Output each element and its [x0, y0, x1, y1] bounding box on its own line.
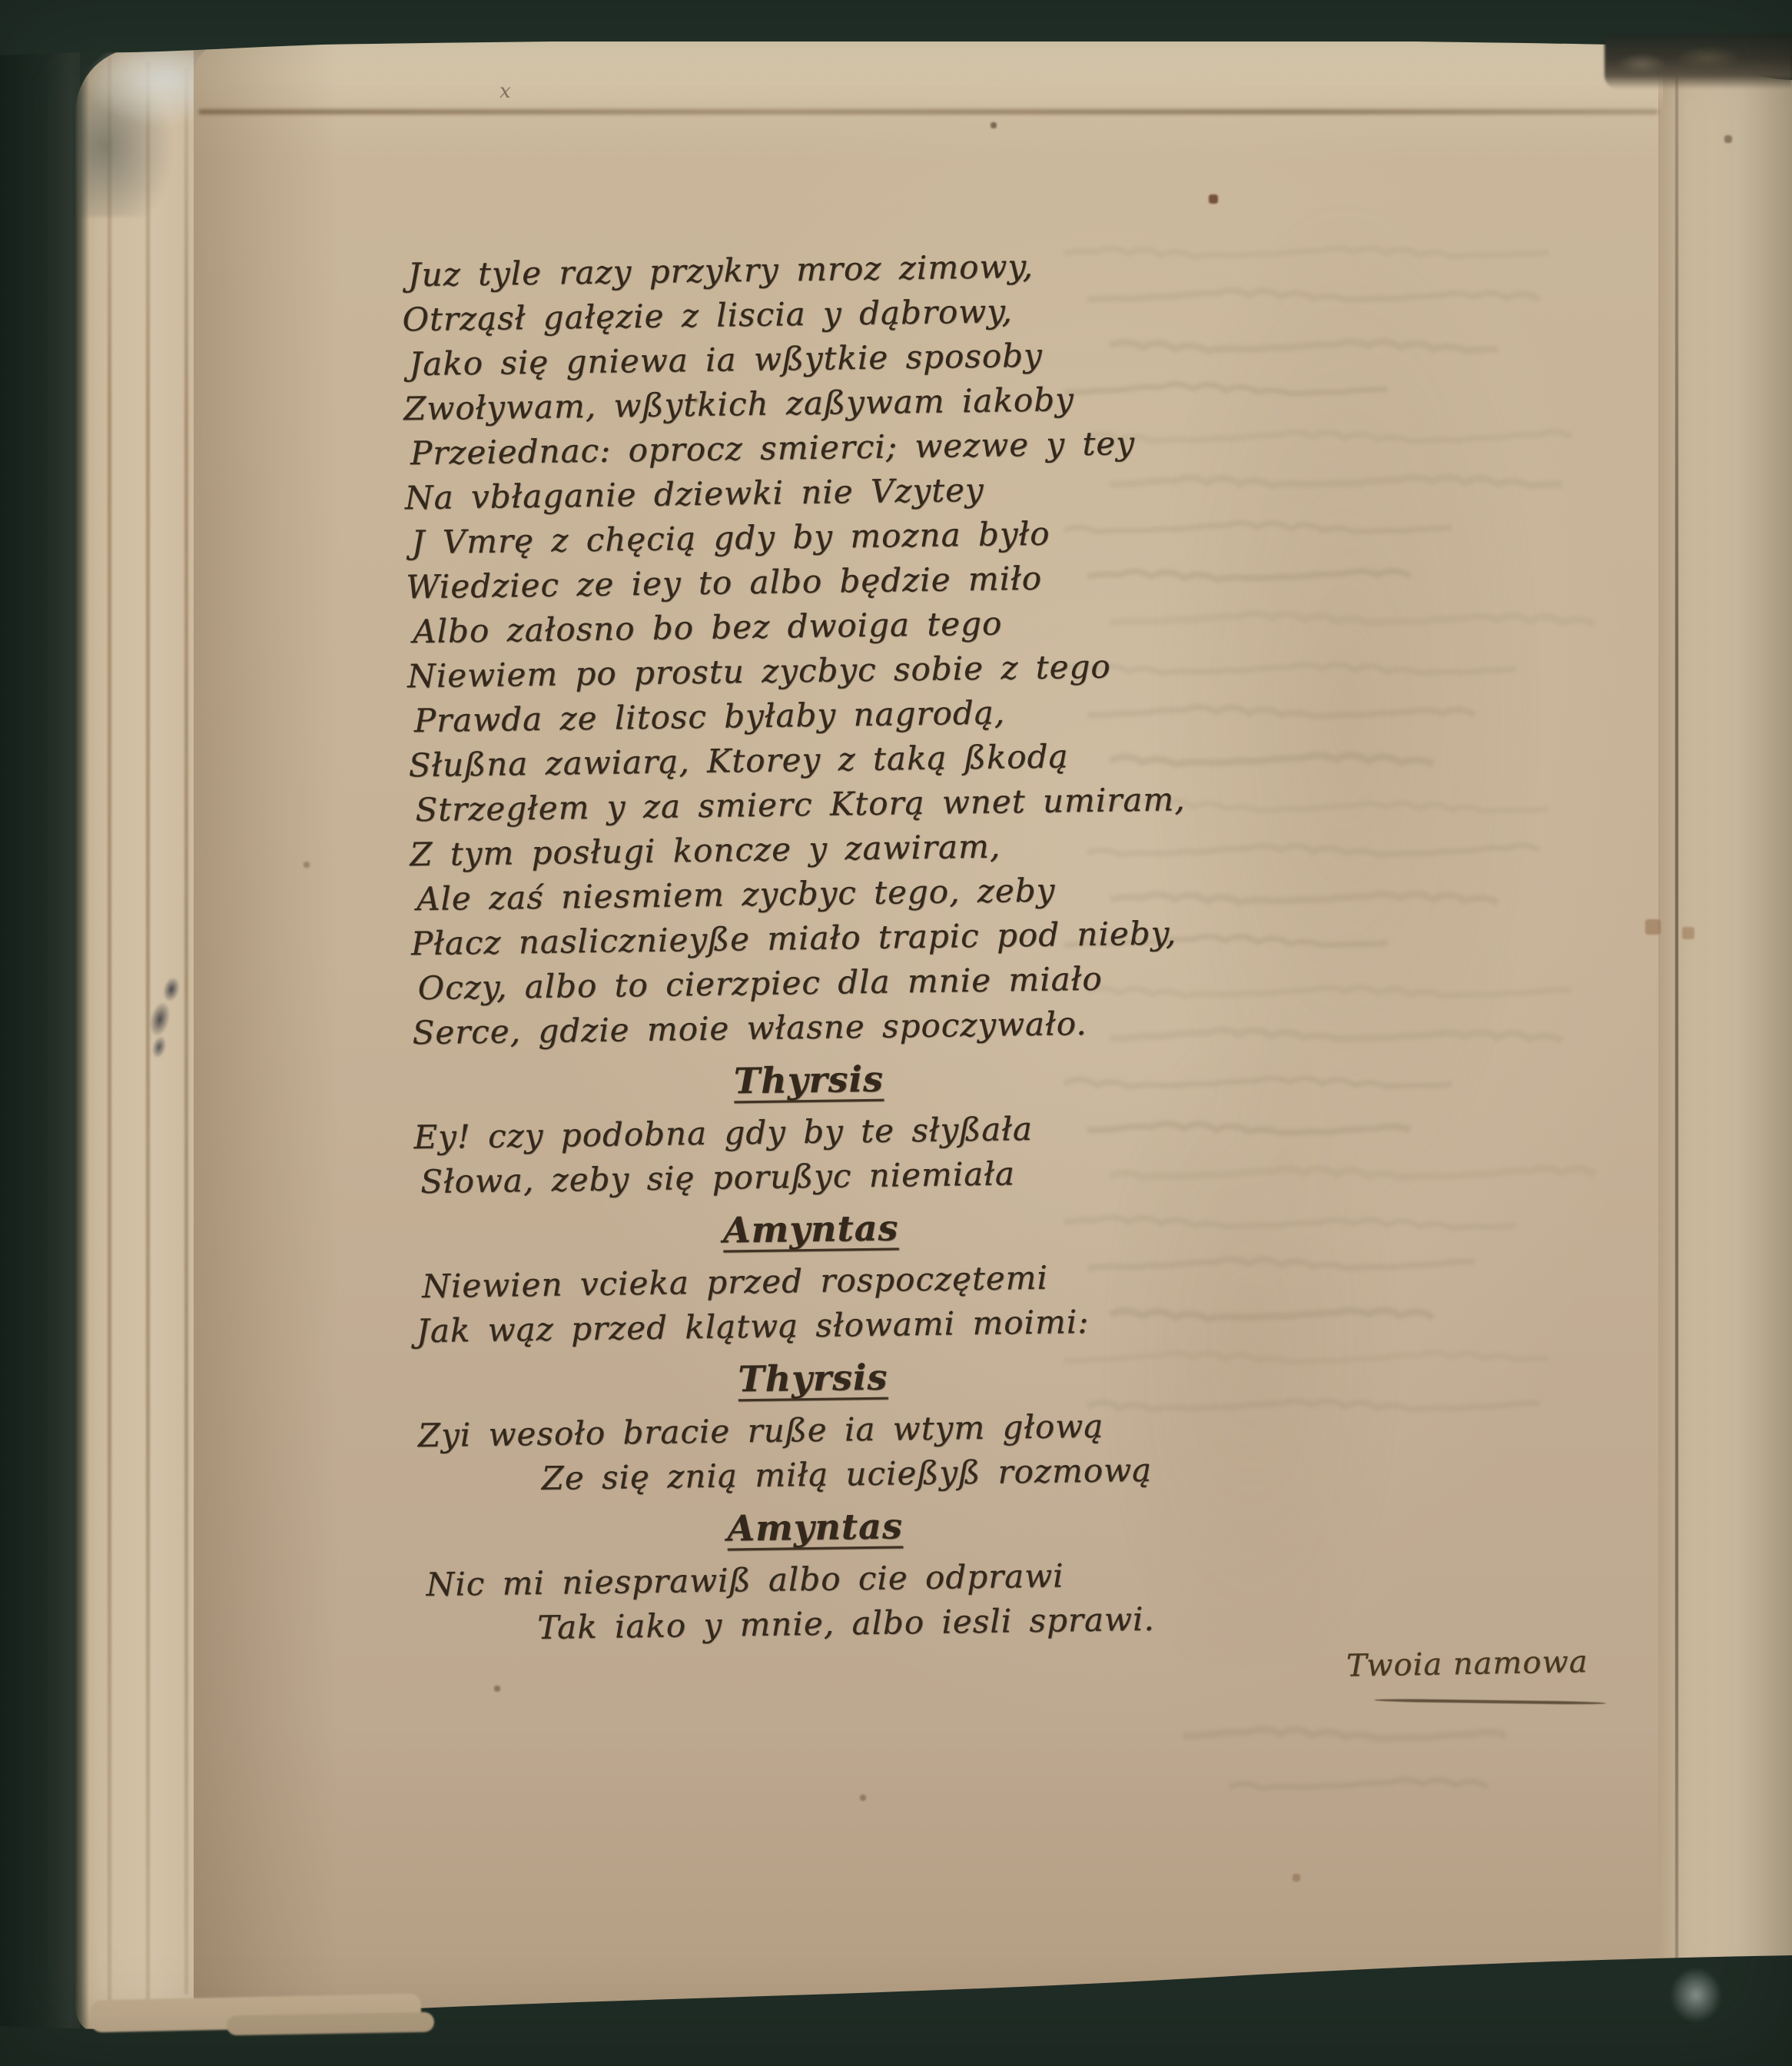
- speaker-heading: Thyrsis: [413, 1052, 1205, 1108]
- bleedthrough-squiggle: [1183, 1729, 1506, 1739]
- under-sheet-edge: [227, 2012, 434, 2036]
- manuscript-text-block: Juz tyle razy przykry mroz zimowy,Otrząs…: [401, 242, 1212, 1652]
- book-scan: { "document": { "description": "Handwrit…: [0, 0, 1792, 2066]
- catchword: Twoia namowa: [1346, 1644, 1588, 1683]
- white-smudge: [1646, 1965, 1746, 2041]
- speaker-heading: Amyntas: [415, 1201, 1207, 1257]
- speaker-heading: Thyrsis: [416, 1350, 1209, 1406]
- bleedthrough-squiggle: [1230, 1780, 1488, 1789]
- speaker-heading: Amyntas: [419, 1500, 1211, 1555]
- marginal-mark: x: [499, 80, 511, 103]
- top-dark-edge: [0, 0, 1792, 100]
- facing-page-top-edge: [1605, 34, 1792, 89]
- paper-speckles: [0, 0, 2, 2]
